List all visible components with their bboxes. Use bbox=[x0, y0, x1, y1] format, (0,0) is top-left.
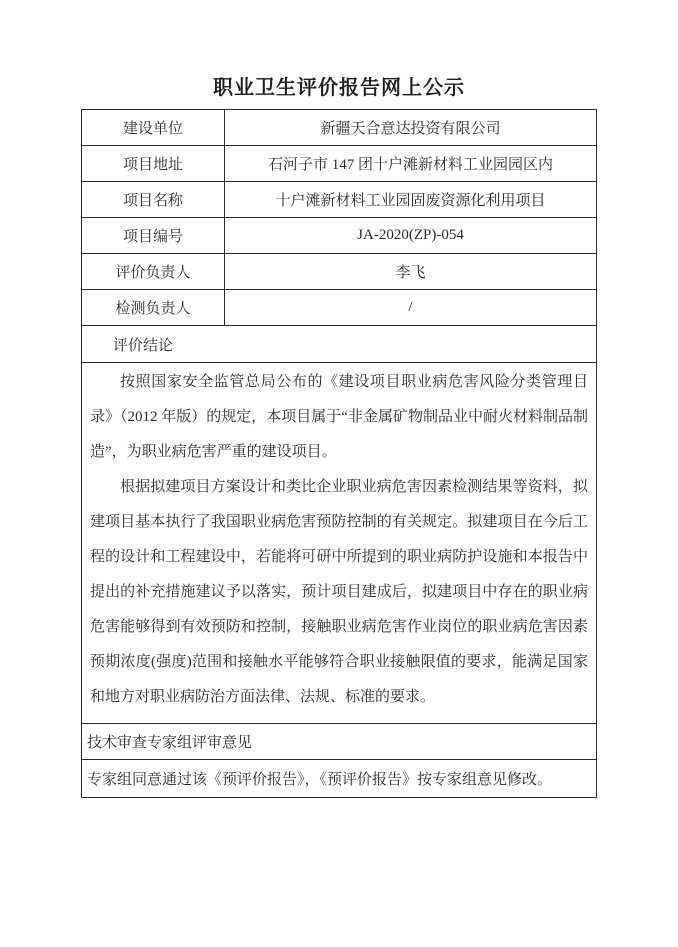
page-title: 职业卫生评价报告网上公示 bbox=[0, 0, 678, 100]
document-page: 职业卫生评价报告网上公示 建设单位 新疆天合意达投资有限公司 项目地址 石河子市… bbox=[0, 0, 678, 947]
row-value-construction-unit: 新疆天合意达投资有限公司 bbox=[225, 110, 597, 146]
table-row: 评价结论 bbox=[82, 326, 597, 363]
section-header-conclusion: 评价结论 bbox=[82, 326, 597, 363]
conclusion-paragraph: 根据拟建项目方案设计和类比企业职业病危害因素检测结果等资料，拟建项目基本执行了我… bbox=[90, 470, 588, 715]
row-value-project-number: JA-2020(ZP)-054 bbox=[225, 218, 597, 254]
table-row: 技术审查专家组评审意见 bbox=[82, 724, 597, 760]
report-table: 建设单位 新疆天合意达投资有限公司 项目地址 石河子市 147 团十户滩新材料工… bbox=[81, 109, 597, 798]
table-row: 检测负责人 / bbox=[82, 290, 597, 326]
conclusion-text-cell: 按照国家安全监管总局公布的《建设项目职业病危害风险分类管理目录》（2012 年版… bbox=[82, 363, 597, 724]
row-label-testing-leader: 检测负责人 bbox=[82, 290, 225, 326]
row-value-evaluation-leader: 李飞 bbox=[225, 254, 597, 290]
table-row: 建设单位 新疆天合意达投资有限公司 bbox=[82, 110, 597, 146]
row-label-project-name: 项目名称 bbox=[82, 182, 225, 218]
review-comment: 专家组同意通过该《预评价报告》，《预评价报告》按专家组意见修改。 bbox=[82, 760, 597, 798]
row-value-project-address: 石河子市 147 团十户滩新材料工业园园区内 bbox=[225, 146, 597, 182]
table-row: 项目名称 十户滩新材料工业园固废资源化利用项目 bbox=[82, 182, 597, 218]
table-row: 专家组同意通过该《预评价报告》，《预评价报告》按专家组意见修改。 bbox=[82, 760, 597, 798]
row-label-evaluation-leader: 评价负责人 bbox=[82, 254, 225, 290]
row-value-testing-leader: / bbox=[225, 290, 597, 326]
row-value-project-name: 十户滩新材料工业园固废资源化利用项目 bbox=[225, 182, 597, 218]
row-label-project-number: 项目编号 bbox=[82, 218, 225, 254]
table-row: 按照国家安全监管总局公布的《建设项目职业病危害风险分类管理目录》（2012 年版… bbox=[82, 363, 597, 724]
table-row: 项目地址 石河子市 147 团十户滩新材料工业园园区内 bbox=[82, 146, 597, 182]
table-row: 评价负责人 李飞 bbox=[82, 254, 597, 290]
row-label-project-address: 项目地址 bbox=[82, 146, 225, 182]
conclusion-paragraph: 按照国家安全监管总局公布的《建设项目职业病危害风险分类管理目录》（2012 年版… bbox=[90, 365, 588, 470]
row-label-construction-unit: 建设单位 bbox=[82, 110, 225, 146]
section-header-review: 技术审查专家组评审意见 bbox=[82, 724, 597, 760]
table-row: 项目编号 JA-2020(ZP)-054 bbox=[82, 218, 597, 254]
